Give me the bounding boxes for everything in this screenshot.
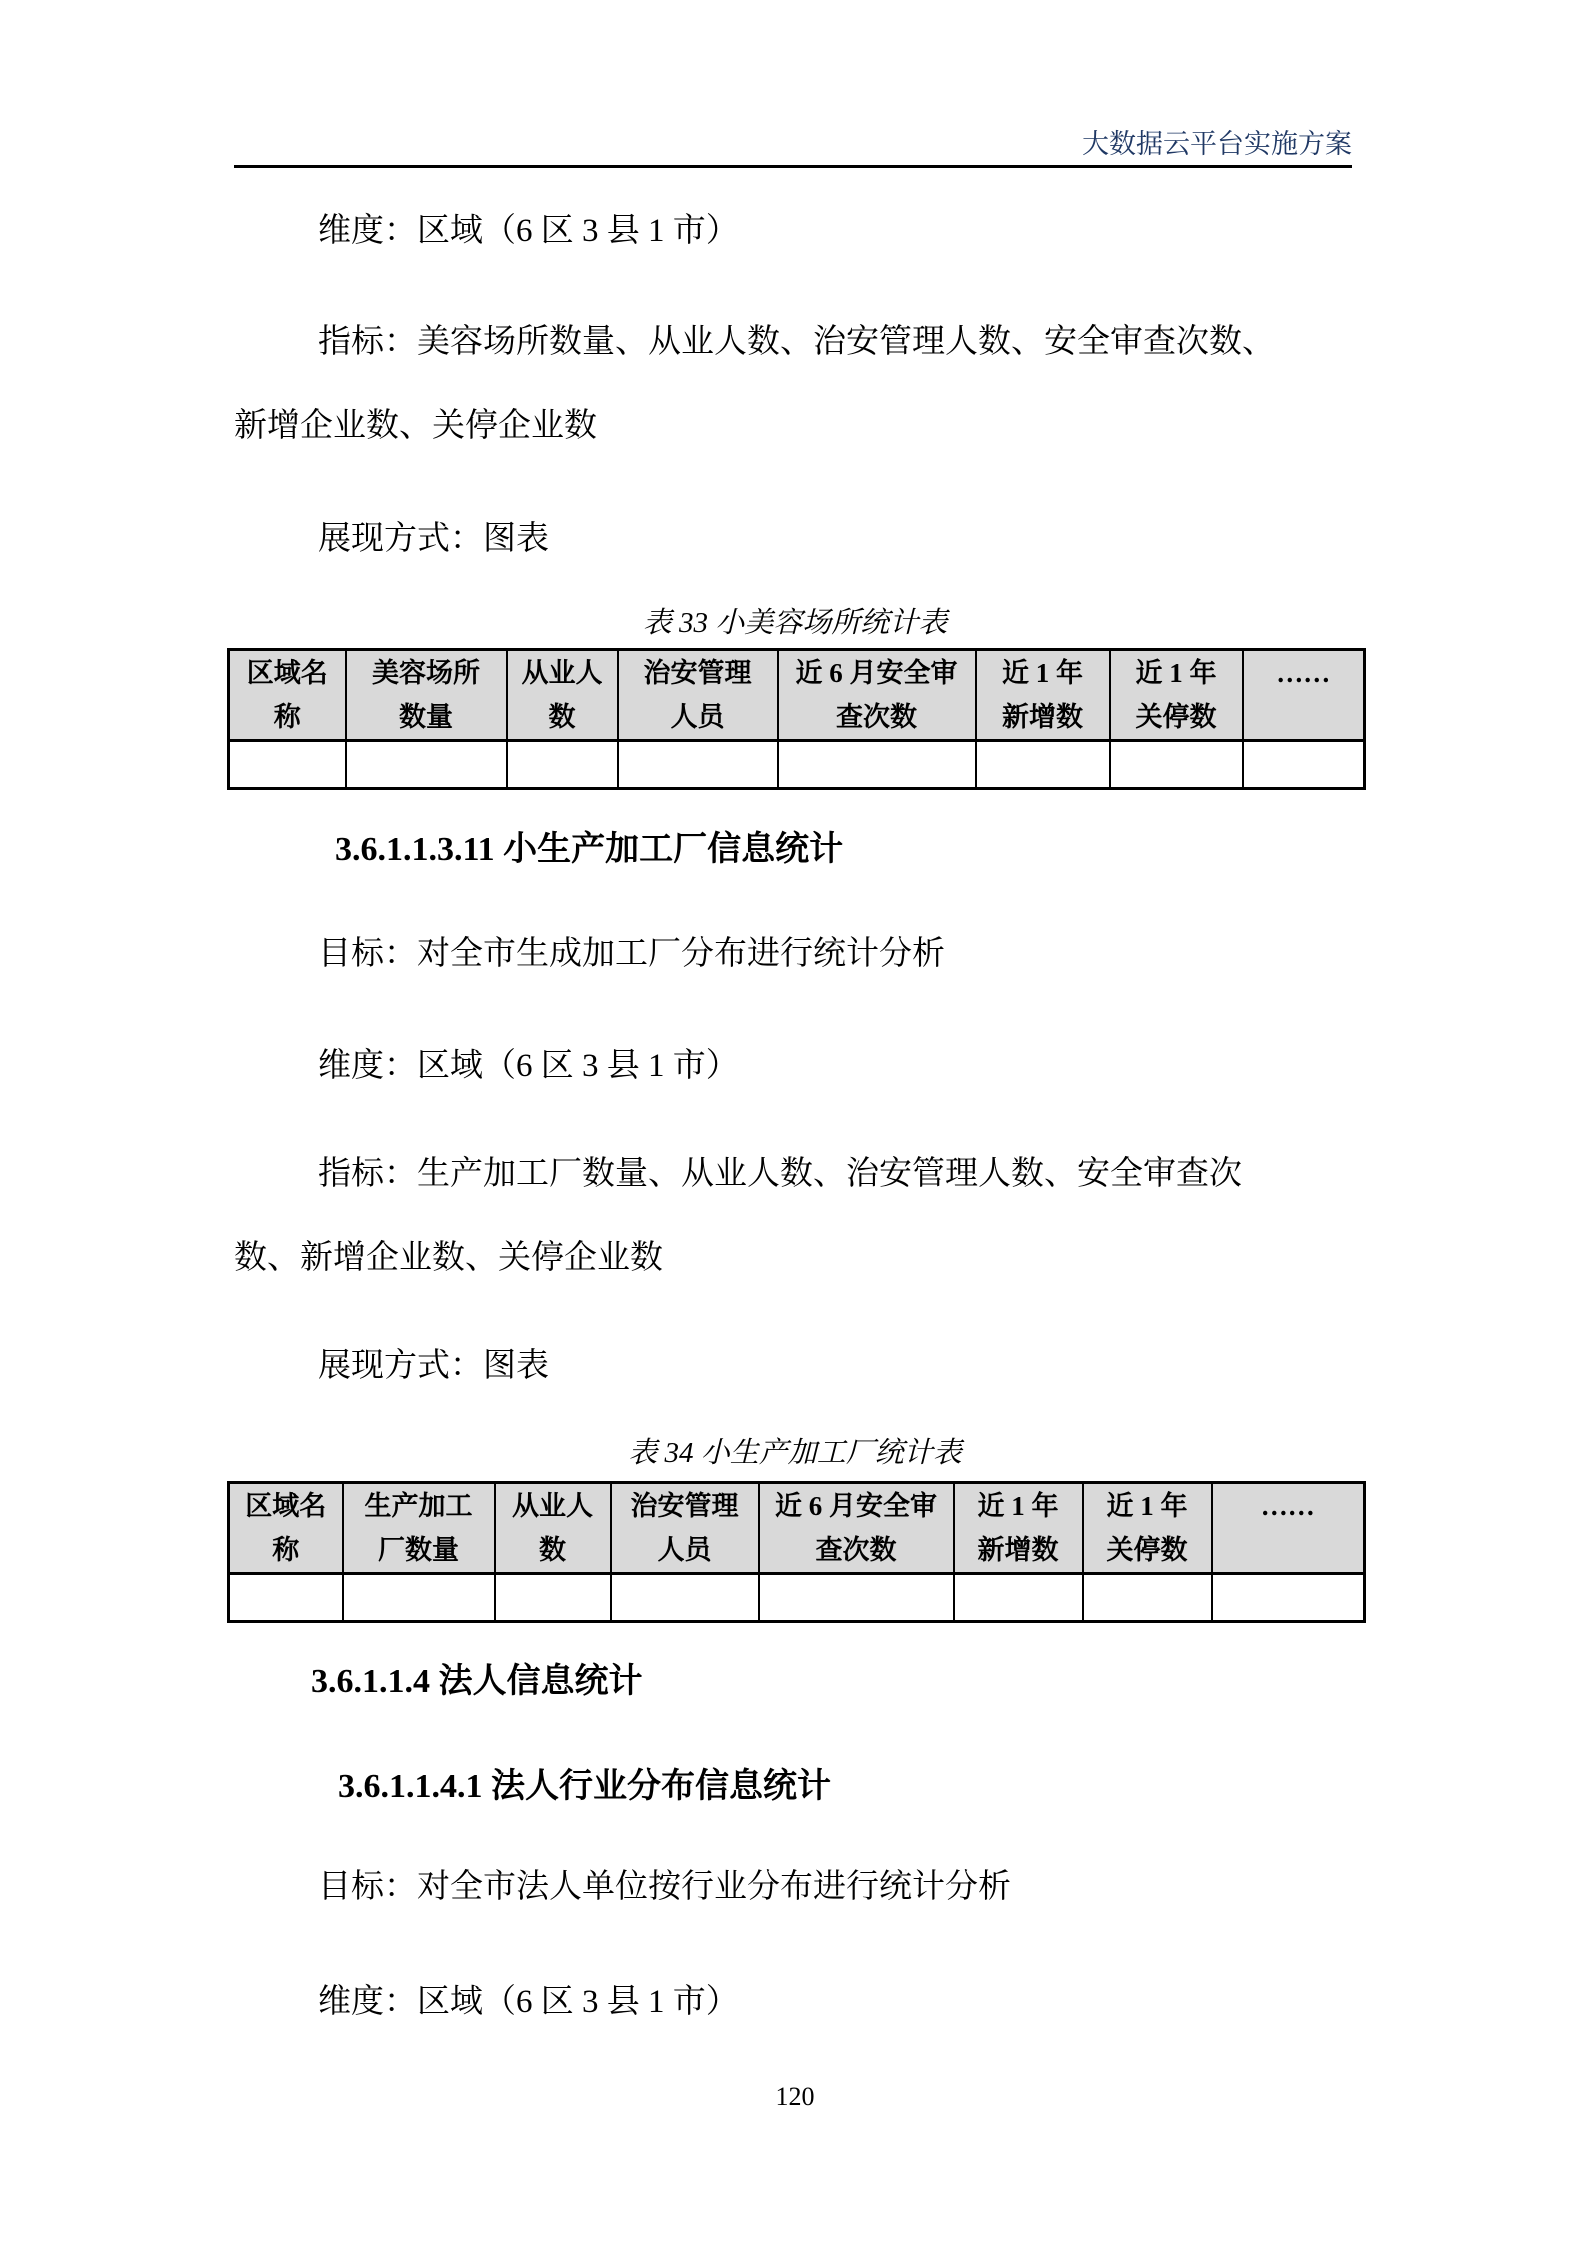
column-header: 从业人数 bbox=[495, 1483, 611, 1574]
header-line: …… bbox=[1213, 1484, 1364, 1528]
paragraph-line: 展现方式：图表 bbox=[234, 497, 1360, 581]
paragraph-indicators-1: 指标：美容场所数量、从业人数、治安管理人数、安全审查次数、 新增企业数、关停企业… bbox=[234, 300, 1360, 468]
paragraph-dimension-2: 维度：区域（6 区 3 县 1 市） bbox=[234, 1024, 1360, 1108]
header-line: 近 1 年 bbox=[1084, 1484, 1211, 1528]
header-line: 近 1 年 bbox=[955, 1484, 1082, 1528]
empty-cell bbox=[976, 741, 1110, 789]
header-line: 关停数 bbox=[1111, 695, 1242, 739]
header-line: 查次数 bbox=[779, 695, 975, 739]
page-header-title: 大数据云平台实施方案 bbox=[234, 127, 1352, 161]
empty-cell bbox=[229, 741, 346, 789]
header-line: 区域名 bbox=[230, 651, 345, 695]
header-line: 从业人 bbox=[496, 1484, 610, 1528]
paragraph-line: 目标：对全市法人单位按行业分布进行统计分析 bbox=[234, 1845, 1360, 1929]
page-number: 120 bbox=[227, 2082, 1363, 2112]
header-line: 治安管理 bbox=[612, 1484, 758, 1528]
table-header-row: 区域名称 美容场所数量 从业人数 治安管理人员 近 6 月安全审查次数 近 1 … bbox=[229, 650, 1365, 741]
table-caption-34: 表 34 小生产加工厂统计表 bbox=[227, 1433, 1363, 1473]
paragraph-dimension-3: 维度：区域（6 区 3 县 1 市） bbox=[234, 1960, 1360, 2044]
empty-cell bbox=[954, 1574, 1083, 1622]
paragraph-line: 数、新增企业数、关停企业数 bbox=[234, 1216, 1360, 1300]
column-header: 近 1 年新增数 bbox=[976, 650, 1110, 741]
paragraph-line: 指标：生产加工厂数量、从业人数、治安管理人数、安全审查次 bbox=[234, 1132, 1360, 1216]
paragraph-line: 新增企业数、关停企业数 bbox=[234, 384, 1360, 468]
header-line: 数量 bbox=[347, 695, 506, 739]
header-line: …… bbox=[1244, 651, 1364, 695]
column-header: …… bbox=[1212, 1483, 1365, 1574]
paragraph-line: 维度：区域（6 区 3 县 1 市） bbox=[234, 189, 1360, 273]
header-line: 近 6 月安全审 bbox=[760, 1484, 953, 1528]
table-processing-factory-stats: 区域名称 生产加工厂数量 从业人数 治安管理人员 近 6 月安全审查次数 近 1… bbox=[227, 1481, 1366, 1623]
header-line: 近 6 月安全审 bbox=[779, 651, 975, 695]
empty-cell bbox=[1083, 1574, 1212, 1622]
empty-cell bbox=[346, 741, 507, 789]
heading-3-6-1-1-4: 3.6.1.1.4 法人信息统计 bbox=[311, 1657, 643, 1707]
paragraph-line: 指标：美容场所数量、从业人数、治安管理人数、安全审查次数、 bbox=[234, 300, 1360, 384]
header-line: 生产加工 bbox=[344, 1484, 494, 1528]
header-line: 数 bbox=[496, 1528, 610, 1572]
paragraph-goal-1: 目标：对全市生成加工厂分布进行统计分析 bbox=[234, 912, 1360, 996]
header-line: 新增数 bbox=[977, 695, 1109, 739]
table-beauty-parlor-stats: 区域名称 美容场所数量 从业人数 治安管理人员 近 6 月安全审查次数 近 1 … bbox=[227, 648, 1366, 790]
empty-cell bbox=[343, 1574, 495, 1622]
heading-3-6-1-1-4-1: 3.6.1.1.4.1 法人行业分布信息统计 bbox=[338, 1762, 831, 1812]
header-line: 从业人 bbox=[508, 651, 617, 695]
empty-cell bbox=[611, 1574, 759, 1622]
header-line bbox=[1213, 1528, 1364, 1572]
empty-cell bbox=[618, 741, 778, 789]
header-line: 人员 bbox=[619, 695, 777, 739]
header-line: 近 1 年 bbox=[1111, 651, 1242, 695]
paragraph-line: 展现方式：图表 bbox=[234, 1324, 1360, 1408]
column-header: 治安管理人员 bbox=[618, 650, 778, 741]
column-header: 从业人数 bbox=[507, 650, 618, 741]
empty-cell bbox=[759, 1574, 954, 1622]
column-header: 区域名称 bbox=[229, 650, 346, 741]
column-header: 近 1 年新增数 bbox=[954, 1483, 1083, 1574]
document-page: 大数据云平台实施方案 维度：区域（6 区 3 县 1 市） 指标：美容场所数量、… bbox=[0, 0, 1587, 2245]
page-header-rule bbox=[234, 165, 1352, 168]
header-line: 称 bbox=[230, 695, 345, 739]
paragraph-line: 目标：对全市生成加工厂分布进行统计分析 bbox=[234, 912, 1360, 996]
column-header: 近 1 年关停数 bbox=[1083, 1483, 1212, 1574]
header-line: 查次数 bbox=[760, 1528, 953, 1572]
header-line: 人员 bbox=[612, 1528, 758, 1572]
column-header: 近 6 月安全审查次数 bbox=[759, 1483, 954, 1574]
table-header-row: 区域名称 生产加工厂数量 从业人数 治安管理人员 近 6 月安全审查次数 近 1… bbox=[229, 1483, 1365, 1574]
table-empty-row bbox=[229, 1574, 1365, 1622]
header-line: 称 bbox=[230, 1528, 342, 1572]
empty-cell bbox=[1243, 741, 1365, 789]
heading-3-6-1-1-3-11: 3.6.1.1.3.11 小生产加工厂信息统计 bbox=[335, 825, 843, 875]
header-line: 厂数量 bbox=[344, 1528, 494, 1572]
paragraph-presentation-2: 展现方式：图表 bbox=[234, 1324, 1360, 1408]
empty-cell bbox=[778, 741, 976, 789]
header-line: 区域名 bbox=[230, 1484, 342, 1528]
empty-cell bbox=[229, 1574, 343, 1622]
empty-cell bbox=[495, 1574, 611, 1622]
column-header: 近 6 月安全审查次数 bbox=[778, 650, 976, 741]
empty-cell bbox=[1110, 741, 1243, 789]
paragraph-line: 维度：区域（6 区 3 县 1 市） bbox=[234, 1960, 1360, 2044]
paragraph-line: 维度：区域（6 区 3 县 1 市） bbox=[234, 1024, 1360, 1108]
table-caption-33: 表 33 小美容场所统计表 bbox=[227, 603, 1363, 643]
header-line: 美容场所 bbox=[347, 651, 506, 695]
header-line: 新增数 bbox=[955, 1528, 1082, 1572]
column-header: 治安管理人员 bbox=[611, 1483, 759, 1574]
paragraph-indicators-2: 指标：生产加工厂数量、从业人数、治安管理人数、安全审查次 数、新增企业数、关停企… bbox=[234, 1132, 1360, 1300]
paragraph-goal-2: 目标：对全市法人单位按行业分布进行统计分析 bbox=[234, 1845, 1360, 1929]
paragraph-presentation-1: 展现方式：图表 bbox=[234, 497, 1360, 581]
empty-cell bbox=[507, 741, 618, 789]
column-header: 区域名称 bbox=[229, 1483, 343, 1574]
paragraph-dimension-1: 维度：区域（6 区 3 县 1 市） bbox=[234, 189, 1360, 273]
column-header: 生产加工厂数量 bbox=[343, 1483, 495, 1574]
column-header: 近 1 年关停数 bbox=[1110, 650, 1243, 741]
column-header: …… bbox=[1243, 650, 1365, 741]
table-empty-row bbox=[229, 741, 1365, 789]
header-line: 治安管理 bbox=[619, 651, 777, 695]
header-line: 数 bbox=[508, 695, 617, 739]
header-line: 近 1 年 bbox=[977, 651, 1109, 695]
column-header: 美容场所数量 bbox=[346, 650, 507, 741]
header-line bbox=[1244, 695, 1364, 739]
header-line: 关停数 bbox=[1084, 1528, 1211, 1572]
empty-cell bbox=[1212, 1574, 1365, 1622]
